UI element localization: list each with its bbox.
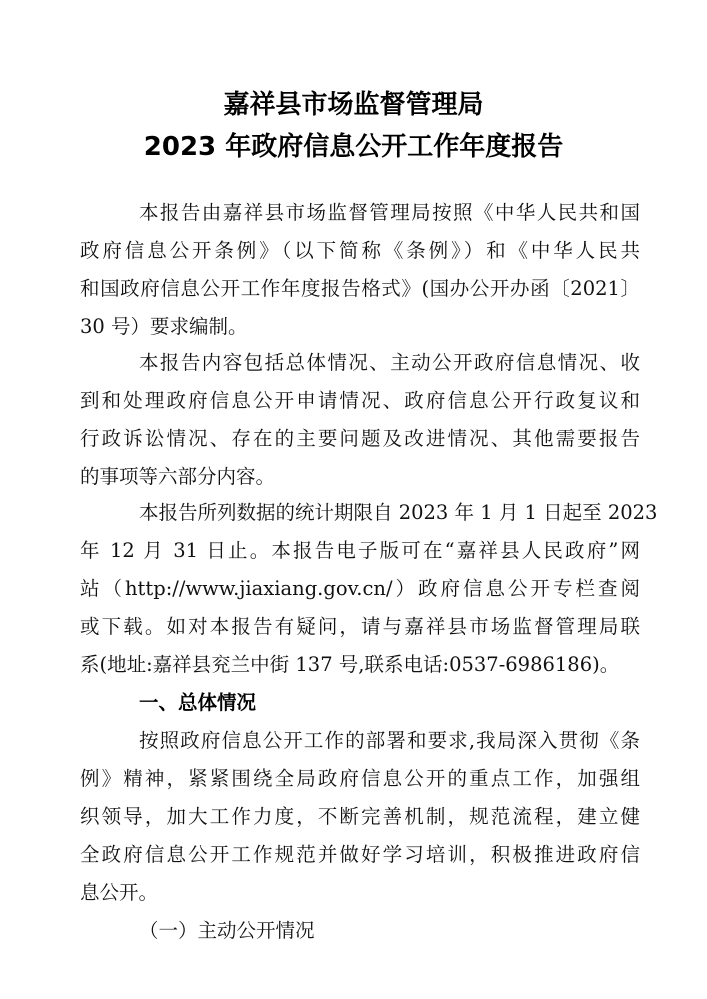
paragraph-1-line-1: 本报告由嘉祥县市场监督管理局按照《中华人民共和国 bbox=[139, 199, 640, 227]
subsection-heading-proactive-disclosure: （一）主动公开情况 bbox=[139, 917, 315, 945]
paragraph-3-line-3: 站（http://www.jiaxiang.gov.cn/）政府信息公开专栏查阅 bbox=[80, 575, 640, 603]
paragraph-1-line-3: 和国政府信息公开工作年度报告格式》(国办公开办函〔2021〕 bbox=[80, 275, 640, 303]
paragraph-1-line-2: 政府信息公开条例》（以下简称《条例》）和《中华人民共 bbox=[80, 237, 640, 265]
paragraph-2-line-1: 本报告内容包括总体情况、主动公开政府信息情况、收 bbox=[139, 349, 640, 377]
section-1-line-4: 全政府信息公开工作规范并做好学习培训，积极推进政府信 bbox=[80, 841, 640, 869]
document-title-line-1: 嘉祥县市场监督管理局 bbox=[0, 88, 707, 122]
paragraph-2-line-3: 行政诉讼情况、存在的主要问题及改进情况、其他需要报告 bbox=[80, 425, 640, 453]
paragraph-2-line-2: 到和处理政府信息公开申请情况、政府信息公开行政复议和 bbox=[80, 387, 640, 415]
section-1-line-3: 织领导，加大工作力度，不断完善机制，规范流程，建立健 bbox=[80, 803, 640, 831]
paragraph-3-line-1: 本报告所列数据的统计期限自 2023 年 1 月 1 日起至 2023 bbox=[139, 499, 640, 527]
paragraph-3-line-4: 或下载。如对本报告有疑问，请与嘉祥县市场监督管理局联 bbox=[80, 613, 640, 641]
paragraph-3-line-2: 年 12 月 31 日止。本报告电子版可在“嘉祥县人民政府”网 bbox=[80, 537, 640, 565]
paragraph-3-line-5: 系(地址:嘉祥县兖兰中街 137 号,联系电话:0537-6986186)。 bbox=[80, 651, 640, 679]
document-page: 嘉祥县市场监督管理局 2023 年政府信息公开工作年度报告 本报告由嘉祥县市场监… bbox=[0, 0, 707, 999]
document-title-line-2: 2023 年政府信息公开工作年度报告 bbox=[0, 130, 707, 164]
paragraph-1-line-4: 30 号）要求编制。 bbox=[80, 313, 640, 341]
paragraph-2-line-4: 的事项等六部分内容。 bbox=[80, 463, 640, 491]
section-1-line-5: 息公开。 bbox=[80, 879, 640, 907]
section-1-line-2: 例》精神，紧紧围绕全局政府信息公开的重点工作，加强组 bbox=[80, 765, 640, 793]
section-heading-overview: 一、总体情况 bbox=[139, 689, 256, 717]
section-1-line-1: 按照政府信息公开工作的部署和要求,我局深入贯彻《条 bbox=[139, 727, 640, 755]
